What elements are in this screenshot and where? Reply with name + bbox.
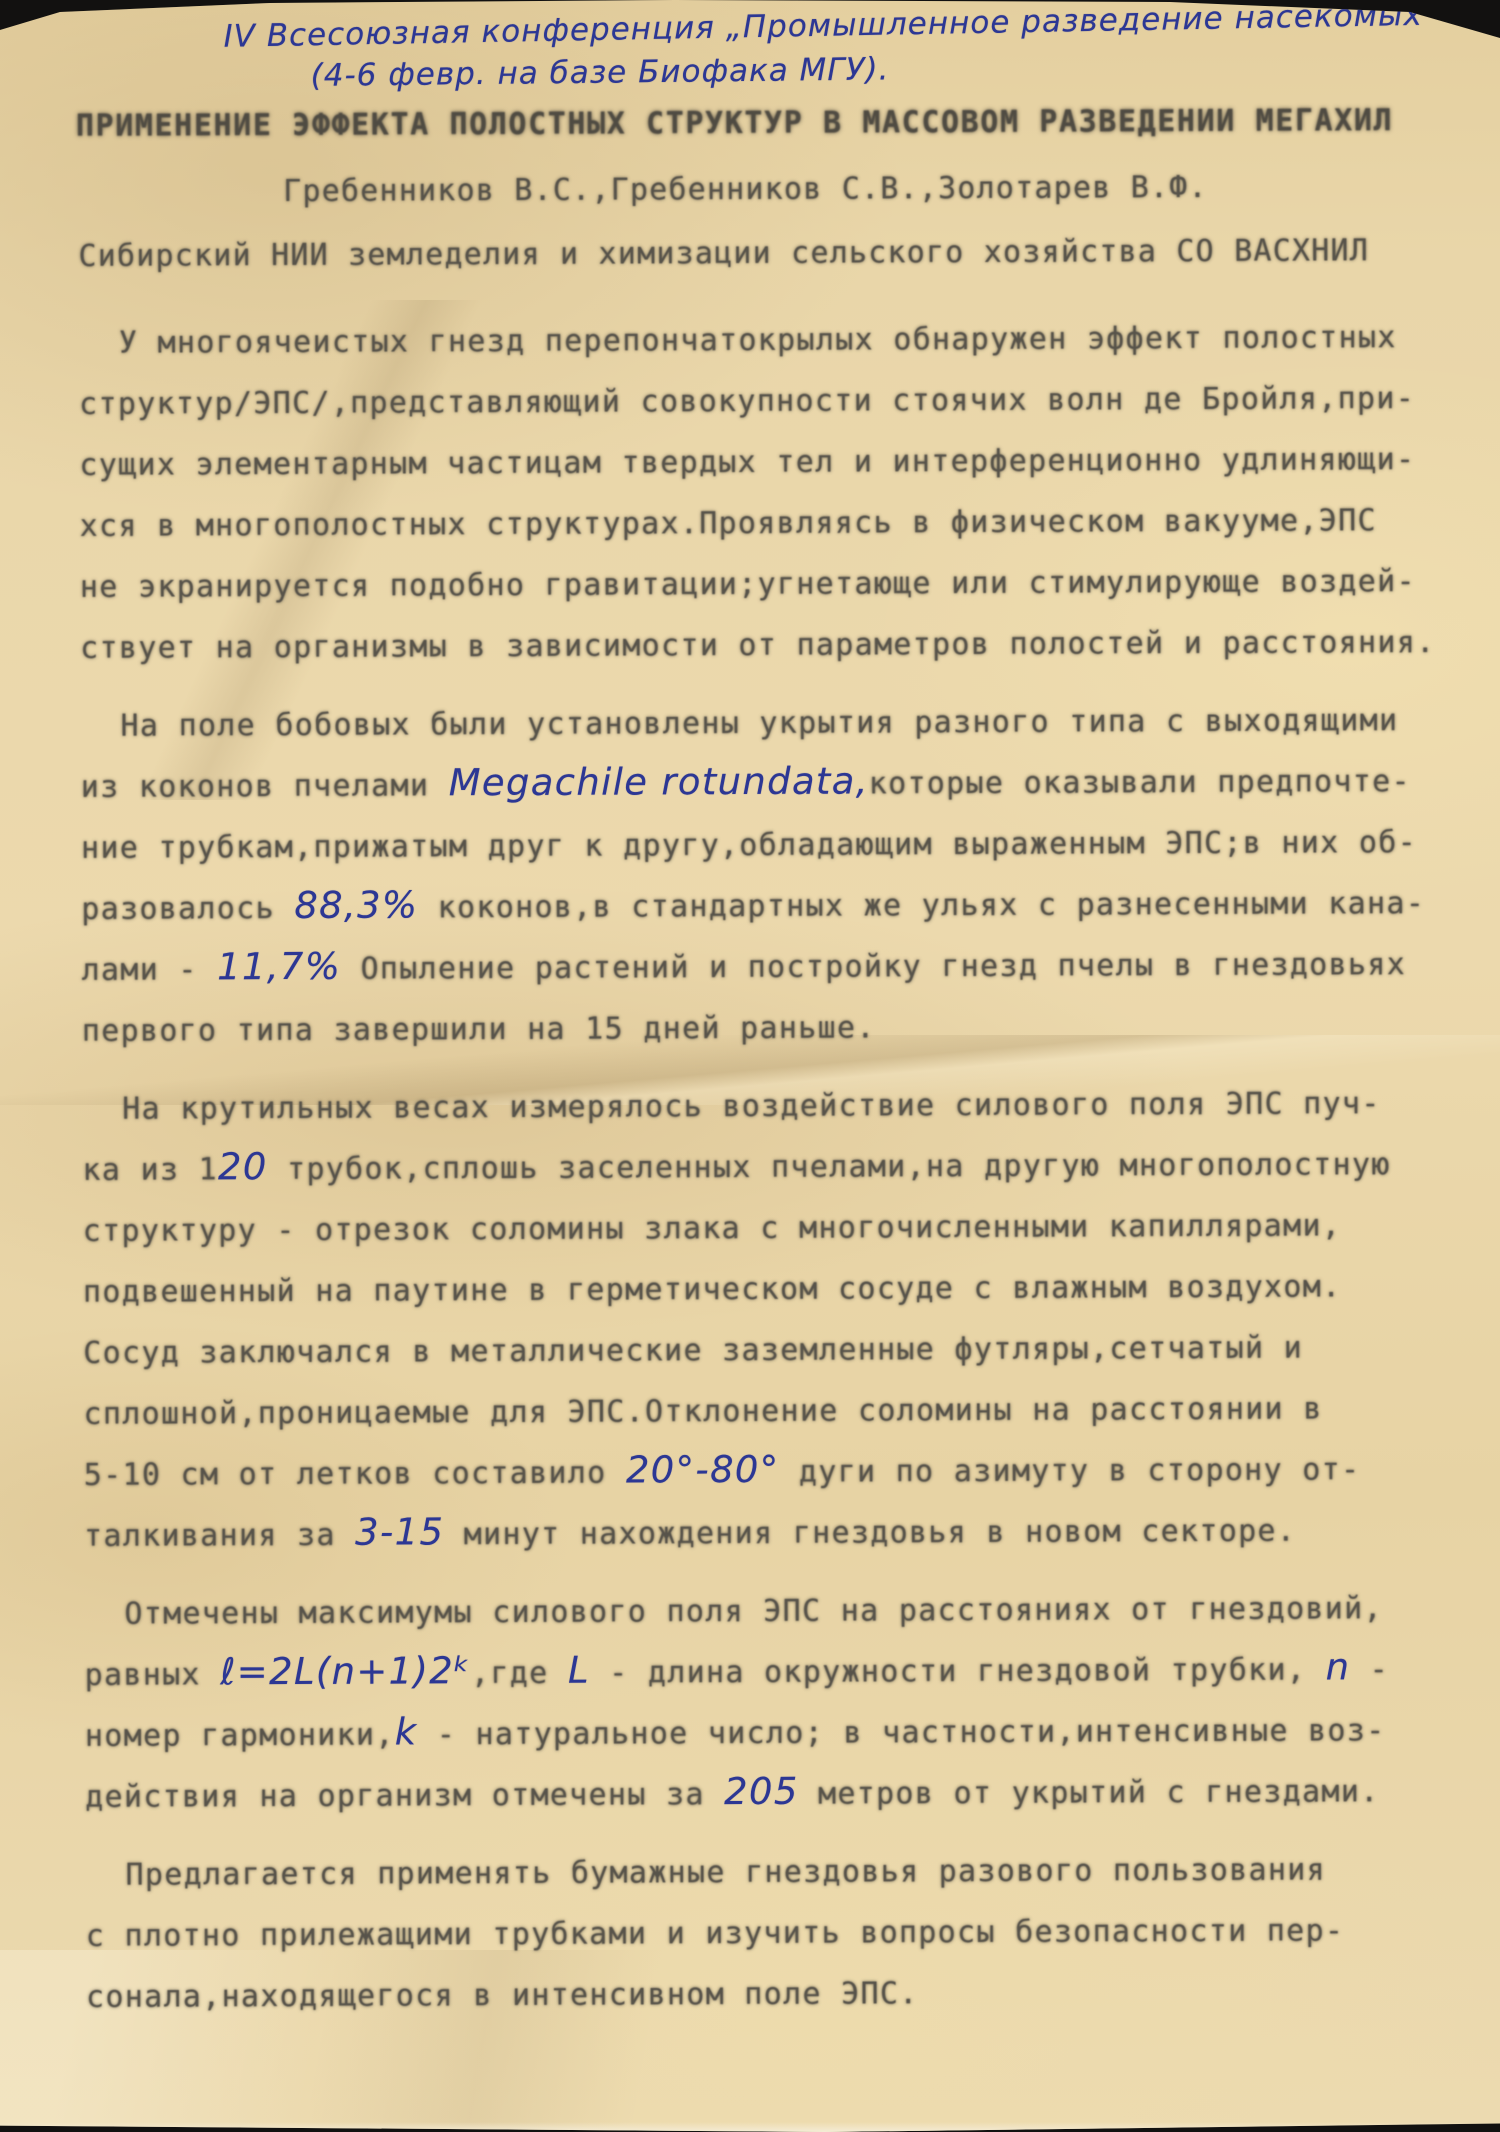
text-line: 5-10 см от летков составило 20°-80° дуги… xyxy=(84,1439,1479,1506)
handwritten-text: 205 xyxy=(724,1770,799,1813)
handwritten-text: n xyxy=(1325,1645,1350,1688)
paragraph: На поле бобовых были установлены укрытия… xyxy=(80,690,1477,1062)
typed-text: структур/ЭПС/,представляющий совокупност… xyxy=(79,381,1415,422)
text-line: ние трубкам,прижатым друг к другу,облада… xyxy=(81,812,1476,879)
typed-text: номер гармоники, xyxy=(85,1718,395,1754)
text-line: ствует на организмы в зависимости от пар… xyxy=(80,612,1475,679)
authors-line: Гребенников В.С.,Гребенников С.В.,Золота… xyxy=(283,170,1208,209)
handwritten-text: ℓ=2L(n+1)2ᵏ xyxy=(220,1649,471,1693)
text-line: Предлагается применять бумажные гнездовь… xyxy=(85,1839,1480,1906)
text-line: действия на организм отмечены за 205 мет… xyxy=(85,1761,1480,1828)
typed-text: У многоячеистых гнезд перепончатокрылых … xyxy=(119,320,1397,361)
typed-text: разовалось xyxy=(81,891,294,927)
handwritten-text: 20°-80° xyxy=(626,1448,780,1492)
typed-text: ,где xyxy=(471,1656,568,1691)
typed-text: Сосуд заключался в металлические заземле… xyxy=(83,1331,1303,1371)
typed-text: На крутильных весах измерялось воздейств… xyxy=(122,1086,1381,1126)
text-line: подвешенный на паутине в герметическом с… xyxy=(83,1256,1478,1323)
typed-text: действия на организм отмечены за xyxy=(85,1777,724,1815)
text-line: разовалось 88,3% коконов,в стандартных ж… xyxy=(81,873,1476,940)
text-line: сплошной,проницаемые для ЭПС.Отклонение … xyxy=(83,1378,1478,1445)
typed-text: сонала,находящегося в интенсивном поле Э… xyxy=(86,1976,919,2015)
text-line: сонала,находящегося в интенсивном поле Э… xyxy=(86,1961,1481,2028)
typed-text: Опыление растений и постройку гнезд пчел… xyxy=(341,947,1406,987)
text-line: хся в многополостных структурах.Проявляя… xyxy=(80,490,1475,557)
document-content: IV Всесоюзная конференция „Промышленное … xyxy=(0,0,1500,2132)
typed-text: лами - xyxy=(82,952,218,988)
text-line: На поле бобовых были установлены укрытия… xyxy=(80,690,1475,757)
typed-text: из коконов пчелами xyxy=(81,768,449,805)
handwritten-text: Megachile rotundata, xyxy=(449,759,869,804)
handwritten-annotation-line-1: IV Всесоюзная конференция „Промышленное … xyxy=(223,0,1440,55)
typed-text: сущих элементарным частицам твердых тел … xyxy=(79,442,1415,483)
typed-text: ствует на организмы в зависимости от пар… xyxy=(80,625,1435,666)
text-line: лами - 11,7% Опыление растений и построй… xyxy=(81,934,1476,1001)
document-body: У многоячеистых гнезд перепончатокрылых … xyxy=(79,307,1482,2045)
typed-text: - xyxy=(1350,1652,1389,1687)
typed-text: не экранируется подобно гравитации;угнет… xyxy=(80,564,1416,605)
typed-text: хся в многополостных структурах.Проявляя… xyxy=(80,503,1377,544)
scanned-document-page: IV Всесоюзная конференция „Промышленное … xyxy=(0,0,1500,2132)
typed-text: талкивания за xyxy=(84,1518,355,1554)
paragraph: Отмечены максимумы силового поля ЭПС на … xyxy=(84,1578,1480,1828)
typed-text: структуру - отрезок соломины злака с мно… xyxy=(83,1208,1342,1248)
text-line: ка из 120 трубок,сплошь заселенных пчела… xyxy=(82,1134,1477,1201)
typed-text: коконов,в стандартных же ульях с разнесе… xyxy=(418,886,1425,925)
typed-text: метров от укрытий с гнездами. xyxy=(799,1774,1380,1812)
text-line: номер гармоники,k - натуральное число; в… xyxy=(85,1700,1480,1767)
text-line: структуру - отрезок соломины злака с мно… xyxy=(83,1195,1478,1262)
typed-text: сплошной,проницаемые для ЭПС.Отклонение … xyxy=(83,1392,1322,1432)
typed-text: подвешенный на паутине в герметическом с… xyxy=(83,1269,1342,1309)
text-line: Отмечены максимумы силового поля ЭПС на … xyxy=(84,1578,1479,1645)
handwritten-text: 20 xyxy=(218,1145,268,1188)
typed-text: - натуральное число; в частности,интенси… xyxy=(417,1713,1385,1752)
typed-text: с плотно прилежащими трубками и изучить … xyxy=(86,1913,1345,1953)
typed-text: дуги по азимуту в сторону от- xyxy=(779,1452,1360,1490)
typed-text: Предлагается применять бумажные гнездовь… xyxy=(125,1852,1326,1892)
text-line: сущих элементарным частицам твердых тел … xyxy=(79,429,1474,496)
typed-text: первого типа завершили на 15 дней раньше… xyxy=(82,1010,876,1048)
typed-text: 5-10 см от летков составило xyxy=(84,1456,626,1493)
typed-text: Отмечены максимумы силового поля ЭПС на … xyxy=(124,1591,1383,1631)
handwritten-text: 11,7% xyxy=(217,945,341,989)
text-line: равных ℓ=2L(n+1)2ᵏ,где L - длина окружно… xyxy=(85,1639,1480,1706)
handwritten-text: 88,3% xyxy=(294,883,418,927)
handwritten-text: L xyxy=(568,1649,590,1692)
handwritten-text: 3-15 xyxy=(355,1510,444,1553)
text-line: Сосуд заключался в металлические заземле… xyxy=(83,1317,1478,1384)
typed-text: которые оказывали предпочте- xyxy=(869,764,1411,801)
text-line: первого типа завершили на 15 дней раньше… xyxy=(82,995,1477,1062)
typed-text: трубок,сплошь заселенных пчелами,на друг… xyxy=(268,1147,1391,1187)
text-line: На крутильных весах измерялось воздейств… xyxy=(82,1073,1477,1140)
typed-text: ка из 1 xyxy=(82,1152,218,1188)
text-line: из коконов пчелами Megachile rotundata,к… xyxy=(81,751,1476,818)
handwritten-annotation-line-2: (4-6 февр. на базе Биофака МГУ). xyxy=(310,51,889,94)
text-line: с плотно прилежащими трубками и изучить … xyxy=(86,1900,1481,1967)
typed-text: ние трубкам,прижатым друг к другу,облада… xyxy=(81,825,1417,866)
text-line: не экранируется подобно гравитации;угнет… xyxy=(80,551,1475,618)
typed-text: минут нахождения гнездовья в новом секто… xyxy=(444,1514,1296,1553)
typed-text: - длина окружности гнездовой трубки, xyxy=(590,1652,1326,1690)
typed-text: На поле бобовых были установлены укрытия… xyxy=(120,703,1398,744)
text-line: У многоячеистых гнезд перепончатокрылых … xyxy=(79,307,1474,374)
text-line: структур/ЭПС/,представляющий совокупност… xyxy=(79,368,1474,435)
paragraph: Предлагается применять бумажные гнездовь… xyxy=(85,1839,1481,2028)
document-title: ПРИМЕНЕНИЕ ЭФФЕКТА ПОЛОСТНЫХ СТРУКТУР В … xyxy=(76,103,1456,144)
text-line: талкивания за 3-15 минут нахождения гнез… xyxy=(84,1500,1479,1567)
typed-text: равных xyxy=(85,1657,221,1693)
handwritten-text: k xyxy=(395,1710,418,1753)
paragraph: У многоячеистых гнезд перепончатокрылых … xyxy=(79,307,1476,679)
affiliation-line: Сибирский НИИ земледелия и химизации сел… xyxy=(78,233,1369,274)
paragraph: На крутильных весах измерялось воздейств… xyxy=(82,1073,1479,1567)
